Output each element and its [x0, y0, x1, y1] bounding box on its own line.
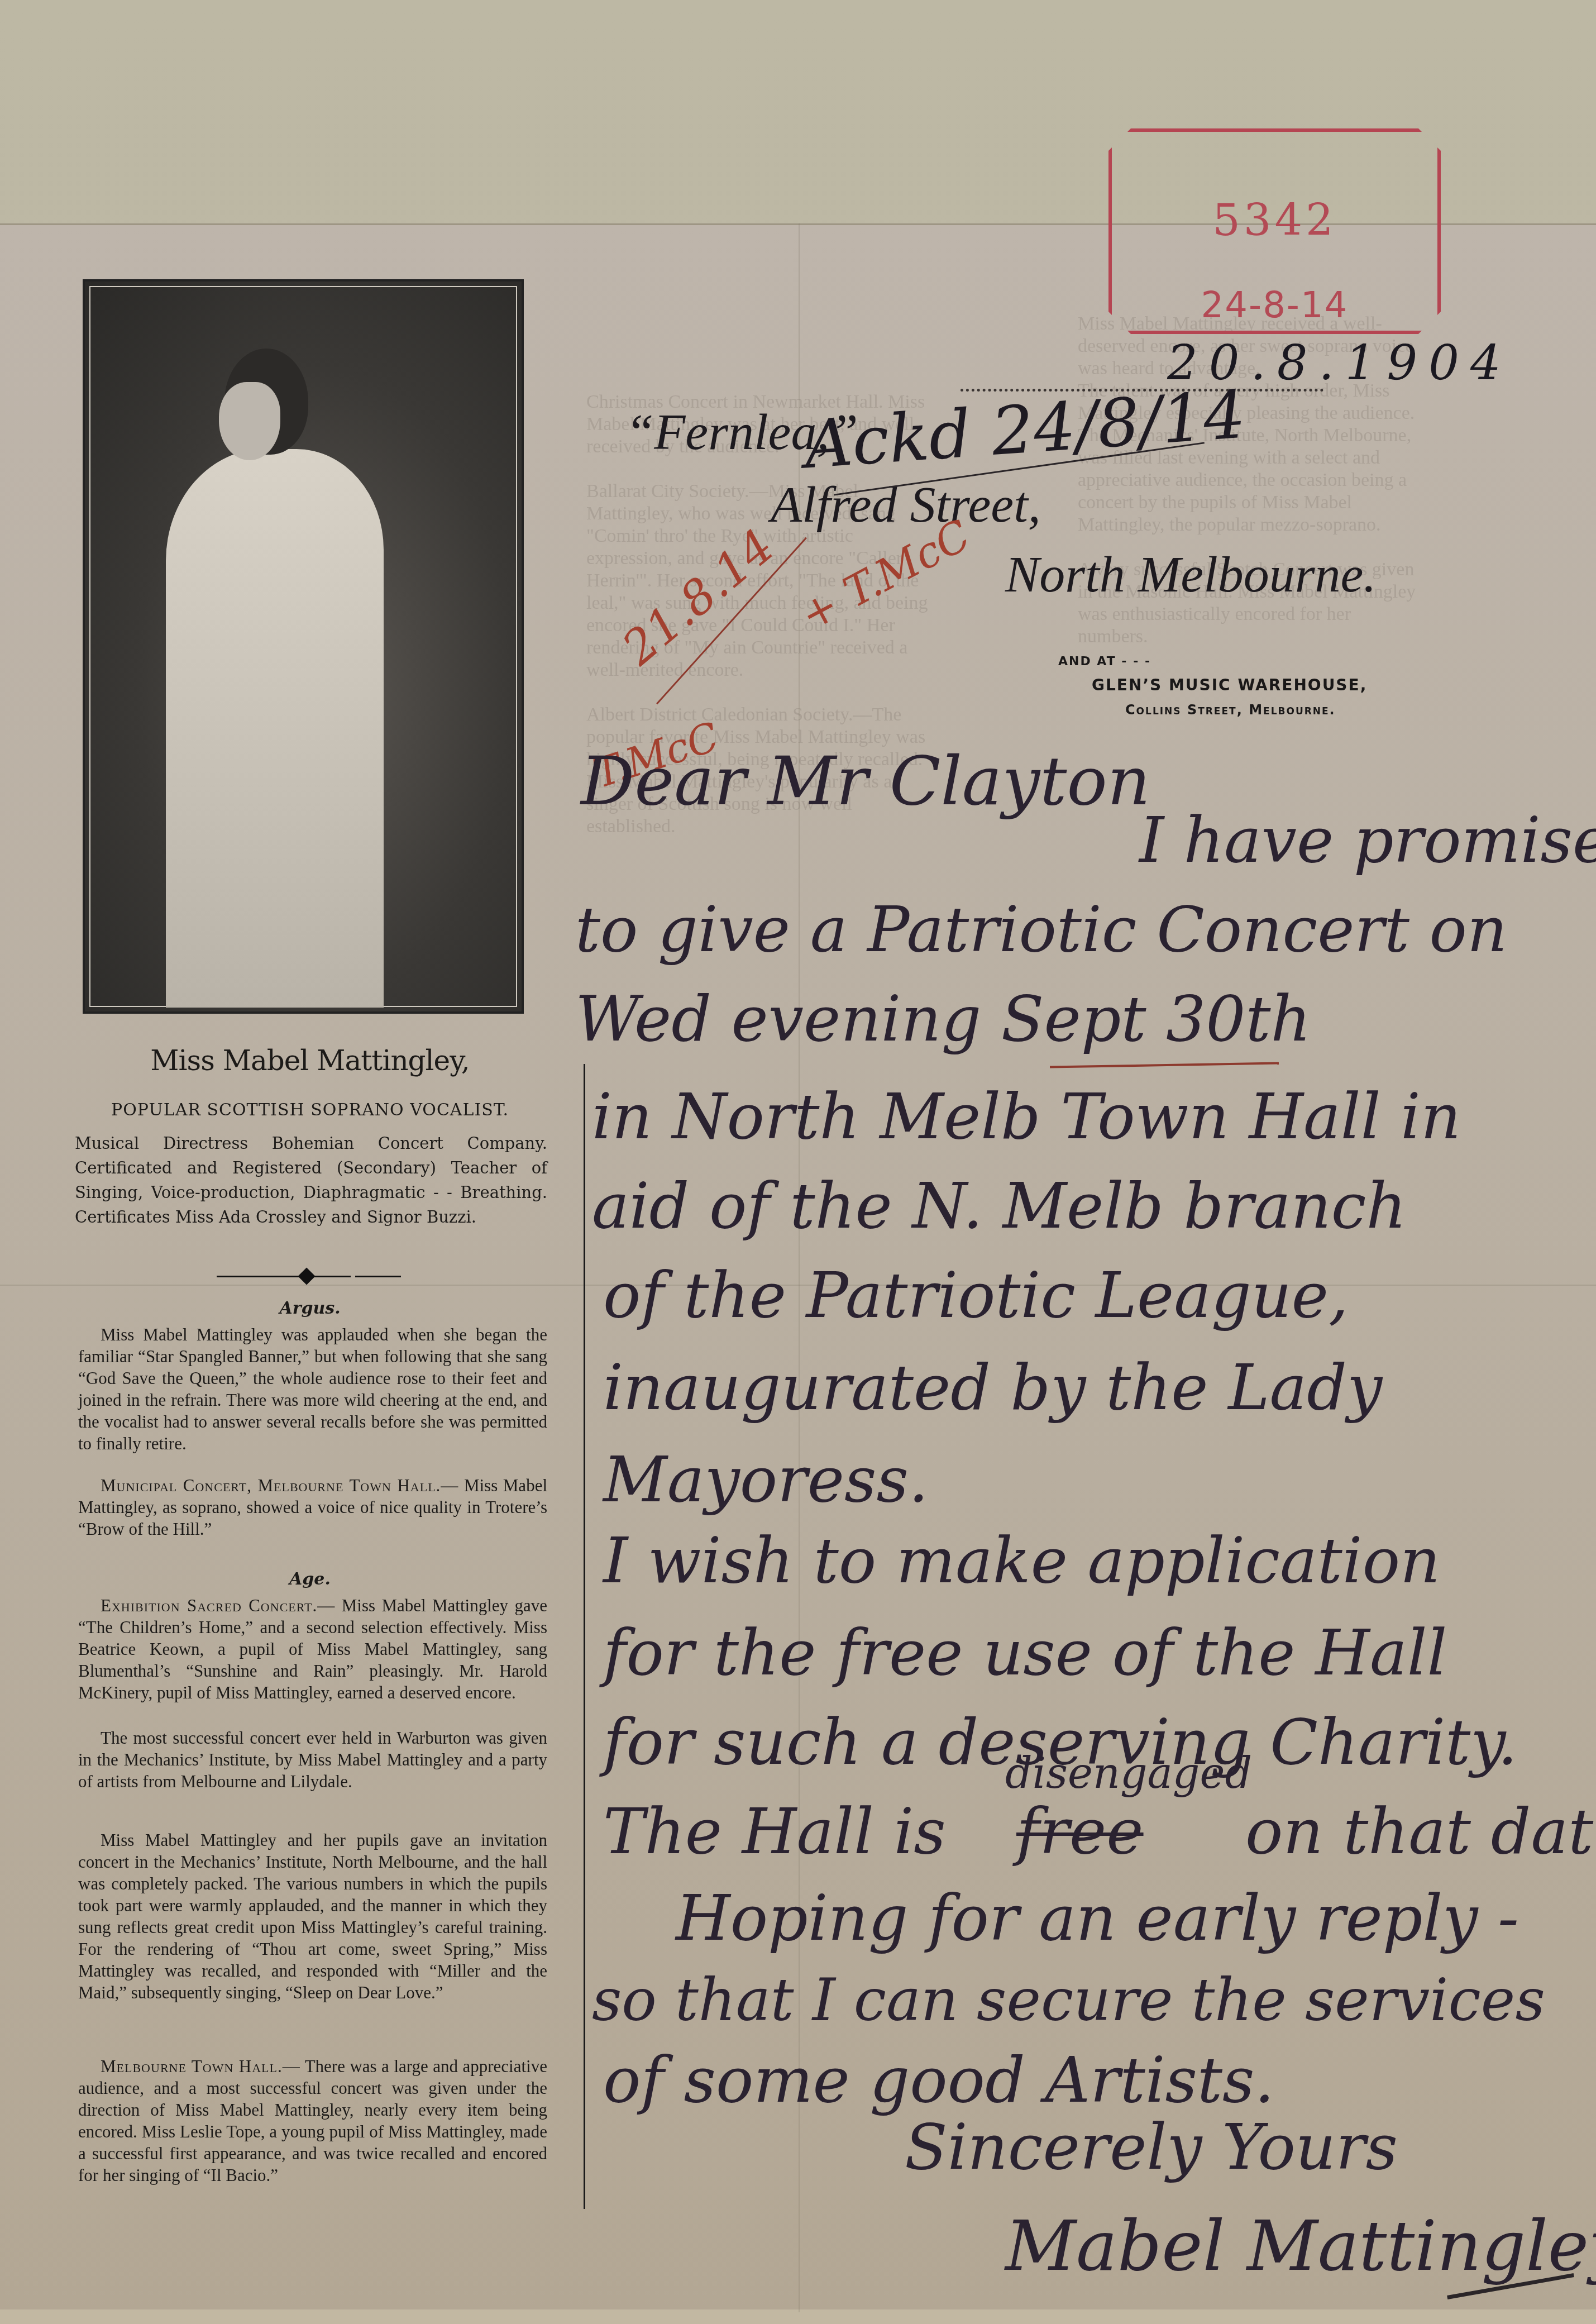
letter-line: for the free use of the Hall: [603, 1617, 1447, 1690]
letterhead-business: GLEN’S MUSIC WAREHOUSE,: [1092, 676, 1367, 694]
press-paragraph: Miss Mabel Mattingley was applauded when…: [78, 1324, 547, 1454]
press-paragraph: Miss Mabel Mattingley and her pupils gav…: [78, 1829, 547, 2003]
letter-closing: Sincerely Yours: [905, 2111, 1398, 2184]
press-paragraph-lead: Municipal Concert, Melbourne Town Hall.—: [101, 1476, 458, 1495]
letter-line: in North Melb Town Hall in: [592, 1081, 1461, 1153]
letter-line: Hoping for an early reply -: [676, 1882, 1519, 1955]
press-paragraph-lead: Melbourne Town Hall.—: [101, 2056, 300, 2076]
letterhead-suburb: North Melbourne.: [1005, 545, 1376, 604]
letter-line: The Hall is: [603, 1796, 946, 1868]
letter-line: of the Patriotic League,: [603, 1259, 1349, 1332]
registry-stamp-date: 24-8-14: [1108, 285, 1441, 326]
press-source-argus: Argus.: [73, 1299, 547, 1318]
letter-line: of some good Artists.: [603, 2044, 1274, 2117]
portrait-photo: [83, 279, 524, 1014]
press-paragraph: Municipal Concert, Melbourne Town Hall.—…: [78, 1474, 547, 1540]
registry-stamp-number: 5342: [1108, 195, 1441, 246]
ornamental-divider: [217, 1276, 401, 1279]
portrait-figure-gown: [166, 449, 384, 1008]
letter-insertion: disengaged: [1005, 1748, 1252, 1798]
sheet-bottom-edge: [0, 2309, 1596, 2324]
margin-bracket-line: [584, 1064, 585, 2209]
press-paragraph: Melbourne Town Hall.— There was a large …: [78, 2055, 547, 2186]
letter-line: inaugurated by the Lady: [603, 1352, 1382, 1424]
letterhead-business-address: Collins Street, Melbourne.: [1125, 702, 1336, 718]
profile-description: Musical Directress Bohemian Concert Comp…: [75, 1131, 547, 1229]
letterhead-and-at: AND AT - - -: [1058, 655, 1151, 669]
letter-salutation: Dear Mr Clayton: [581, 743, 1150, 820]
letter-struck-word: free: [1016, 1796, 1144, 1868]
portrait-figure-face: [219, 382, 280, 460]
press-paragraph-lead: Exhibition Sacred Concert.—: [101, 1596, 335, 1615]
press-paragraph: Exhibition Sacred Concert.— Miss Mabel M…: [78, 1595, 547, 1703]
press-source-age: Age.: [73, 1569, 547, 1589]
letter-line: Wed evening Sept 30th: [575, 983, 1311, 1056]
press-paragraph: The most successful concert ever held in…: [78, 1727, 547, 1792]
letter-line: so that I can secure the services: [592, 1966, 1545, 2034]
profile-subtitle: POPULAR SCOTTISH SOPRANO VOCALIST.: [73, 1100, 547, 1120]
letter-line: to give a Patriotic Concert on: [575, 894, 1507, 966]
letter-signature: Mabel Mattingley: [1005, 2206, 1596, 2287]
letter-line: Mayoress.: [603, 1444, 929, 1516]
letter-line: I have promised: [1139, 804, 1596, 877]
letter-line: on that date.: [1245, 1796, 1596, 1868]
profile-name: Miss Mabel Mattingley,: [73, 1044, 547, 1077]
letter-line: aid of the N. Melb branch: [592, 1170, 1407, 1243]
letter-line: I wish to make application: [603, 1525, 1440, 1597]
